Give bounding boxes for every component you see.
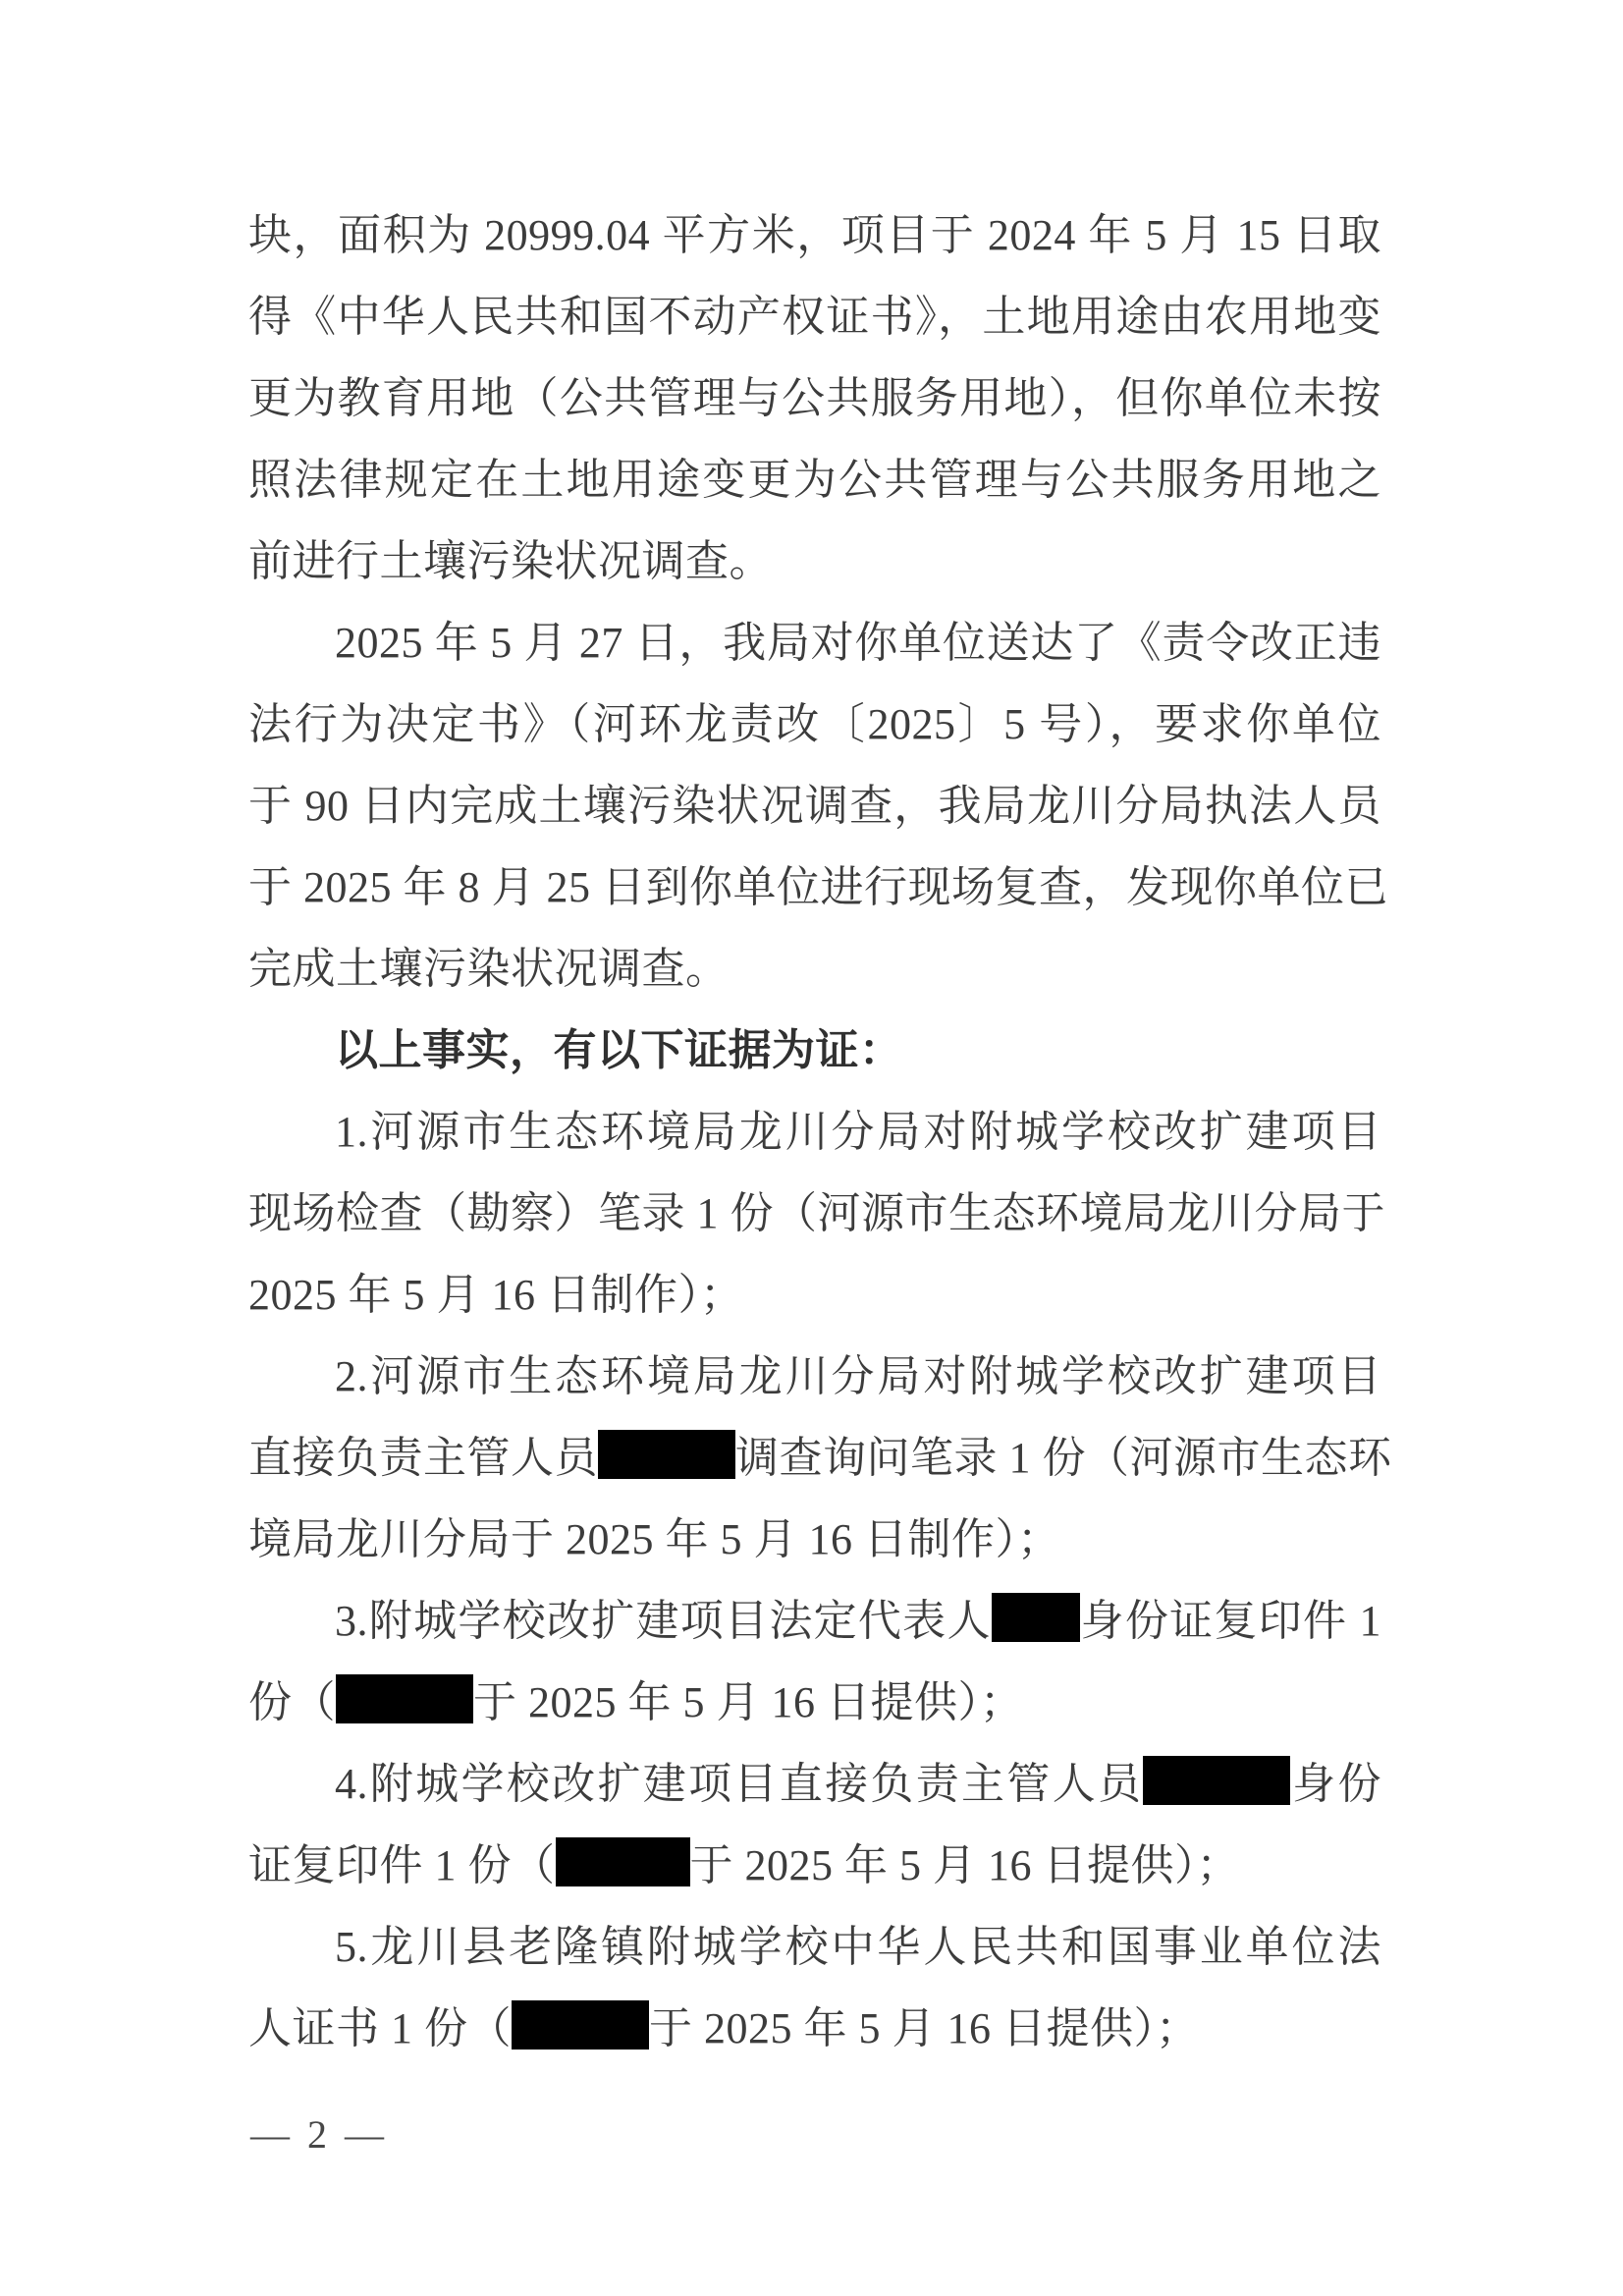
text-run: 3.附城学校改扩建项目法定代表人 xyxy=(335,1597,992,1645)
text-run: 照法律规定在土地用途变更为公共管理与公共服务用地之 xyxy=(248,456,1381,504)
text-run: 人证书 1 份（ xyxy=(248,2004,512,2052)
text-line: 完成土壤污染状况调查。 xyxy=(248,928,1381,1010)
text-line: 更为教育用地（公共管理与公共服务用地），但你单位未按 xyxy=(248,357,1381,439)
text-run: 更为教育用地（公共管理与公共服务用地），但你单位未按 xyxy=(248,374,1381,422)
redaction-box xyxy=(556,1837,690,1886)
text-run: 证复印件 1 份（ xyxy=(248,1841,556,1889)
text-line: 法行为决定书》（河环龙责改〔2025〕5 号），要求你单位 xyxy=(248,683,1381,765)
text-run: 法行为决定书》（河环龙责改〔2025〕5 号），要求你单位 xyxy=(248,700,1381,748)
text-line: 2025 年 5 月 27 日，我局对你单位送达了《责令改正违 xyxy=(248,602,1381,683)
text-line: 份（于 2025 年 5 月 16 日提供）； xyxy=(248,1662,1381,1743)
text-line: 4.附城学校改扩建项目直接负责主管人员身份 xyxy=(248,1743,1381,1825)
document-page: 块，面积为 20999.04 平方米，项目于 2024 年 5 月 15 日取得… xyxy=(0,0,1623,2296)
text-run: 2025 年 5 月 16 日制作）； xyxy=(248,1271,744,1319)
text-run: 于 2025 年 8 月 25 日到你单位进行现场复查，发现你单位已 xyxy=(248,863,1388,911)
text-line: 块，面积为 20999.04 平方米，项目于 2024 年 5 月 15 日取 xyxy=(248,194,1381,276)
redaction-box xyxy=(992,1593,1080,1642)
text-line: 于 2025 年 8 月 25 日到你单位进行现场复查，发现你单位已 xyxy=(248,847,1381,928)
text-line: 2025 年 5 月 16 日制作）； xyxy=(248,1254,1381,1336)
text-run: 现场检查（勘察）笔录 1 份（河源市生态环境局龙川分局于 xyxy=(248,1189,1385,1237)
text-run: 直接负责主管人员 xyxy=(248,1434,598,1482)
text-run: 于 2025 年 5 月 16 日提供）； xyxy=(690,1841,1241,1889)
text-run: 得《中华人民共和国不动产权证书》，土地用途由农用地变 xyxy=(248,293,1381,341)
text-run: 4.附城学校改扩建项目直接负责主管人员 xyxy=(335,1760,1143,1808)
text-line: 1.河源市生态环境局龙川分局对附城学校改扩建项目 xyxy=(248,1091,1381,1173)
text-run: 5.龙川县老隆镇附城学校中华人民共和国事业单位法 xyxy=(335,1923,1381,1971)
text-run: 份（ xyxy=(248,1678,336,1726)
redaction-box xyxy=(512,2000,649,2050)
text-line: 得《中华人民共和国不动产权证书》，土地用途由农用地变 xyxy=(248,276,1381,357)
text-run: 1.河源市生态环境局龙川分局对附城学校改扩建项目 xyxy=(335,1108,1381,1156)
text-run: 境局龙川分局于 2025 年 5 月 16 日制作）； xyxy=(248,1515,1061,1563)
page-number: — 2 — xyxy=(250,2107,388,2162)
text-line: 2.河源市生态环境局龙川分局对附城学校改扩建项目 xyxy=(248,1336,1381,1417)
text-line: 5.龙川县老隆镇附城学校中华人民共和国事业单位法 xyxy=(248,1906,1381,1988)
text-line: 以上事实，有以下证据为证： xyxy=(248,1010,1381,1091)
document-body: 块，面积为 20999.04 平方米，项目于 2024 年 5 月 15 日取得… xyxy=(248,194,1381,2069)
text-line: 直接负责主管人员调查询问笔录 1 份（河源市生态环 xyxy=(248,1417,1381,1499)
text-run: 完成土壤污染状况调查。 xyxy=(248,945,730,993)
text-run: 于 2025 年 5 月 16 日提供）； xyxy=(649,2004,1200,2052)
text-line: 人证书 1 份（于 2025 年 5 月 16 日提供）； xyxy=(248,1988,1381,2069)
text-line: 前进行土壤污染状况调查。 xyxy=(248,520,1381,602)
text-run: 调查询问笔录 1 份（河源市生态环 xyxy=(735,1434,1392,1482)
text-line: 3.附城学校改扩建项目法定代表人身份证复印件 1 xyxy=(248,1580,1381,1662)
redaction-box xyxy=(1143,1756,1290,1805)
text-line: 于 90 日内完成土壤污染状况调查，我局龙川分局执法人员 xyxy=(248,765,1381,847)
text-run: 2025 年 5 月 27 日，我局对你单位送达了《责令改正违 xyxy=(335,619,1381,667)
text-run: 身份证复印件 1 xyxy=(1080,1597,1381,1645)
text-run: 身份 xyxy=(1290,1760,1381,1808)
text-run: 于 90 日内完成土壤污染状况调查，我局龙川分局执法人员 xyxy=(248,782,1381,830)
text-line: 境局龙川分局于 2025 年 5 月 16 日制作）； xyxy=(248,1499,1381,1580)
redaction-box xyxy=(336,1674,473,1723)
redaction-box xyxy=(598,1430,735,1479)
text-run: 块，面积为 20999.04 平方米，项目于 2024 年 5 月 15 日取 xyxy=(248,211,1381,259)
text-line: 照法律规定在土地用途变更为公共管理与公共服务用地之 xyxy=(248,439,1381,520)
text-line: 现场检查（勘察）笔录 1 份（河源市生态环境局龙川分局于 xyxy=(248,1173,1381,1254)
text-line: 证复印件 1 份（于 2025 年 5 月 16 日提供）； xyxy=(248,1825,1381,1906)
text-run: 于 2025 年 5 月 16 日提供）； xyxy=(473,1678,1024,1726)
text-run: 以上事实，有以下证据为证： xyxy=(335,1026,903,1074)
text-run: 前进行土壤污染状况调查。 xyxy=(248,537,773,585)
text-run: 2.河源市生态环境局龙川分局对附城学校改扩建项目 xyxy=(335,1352,1381,1400)
